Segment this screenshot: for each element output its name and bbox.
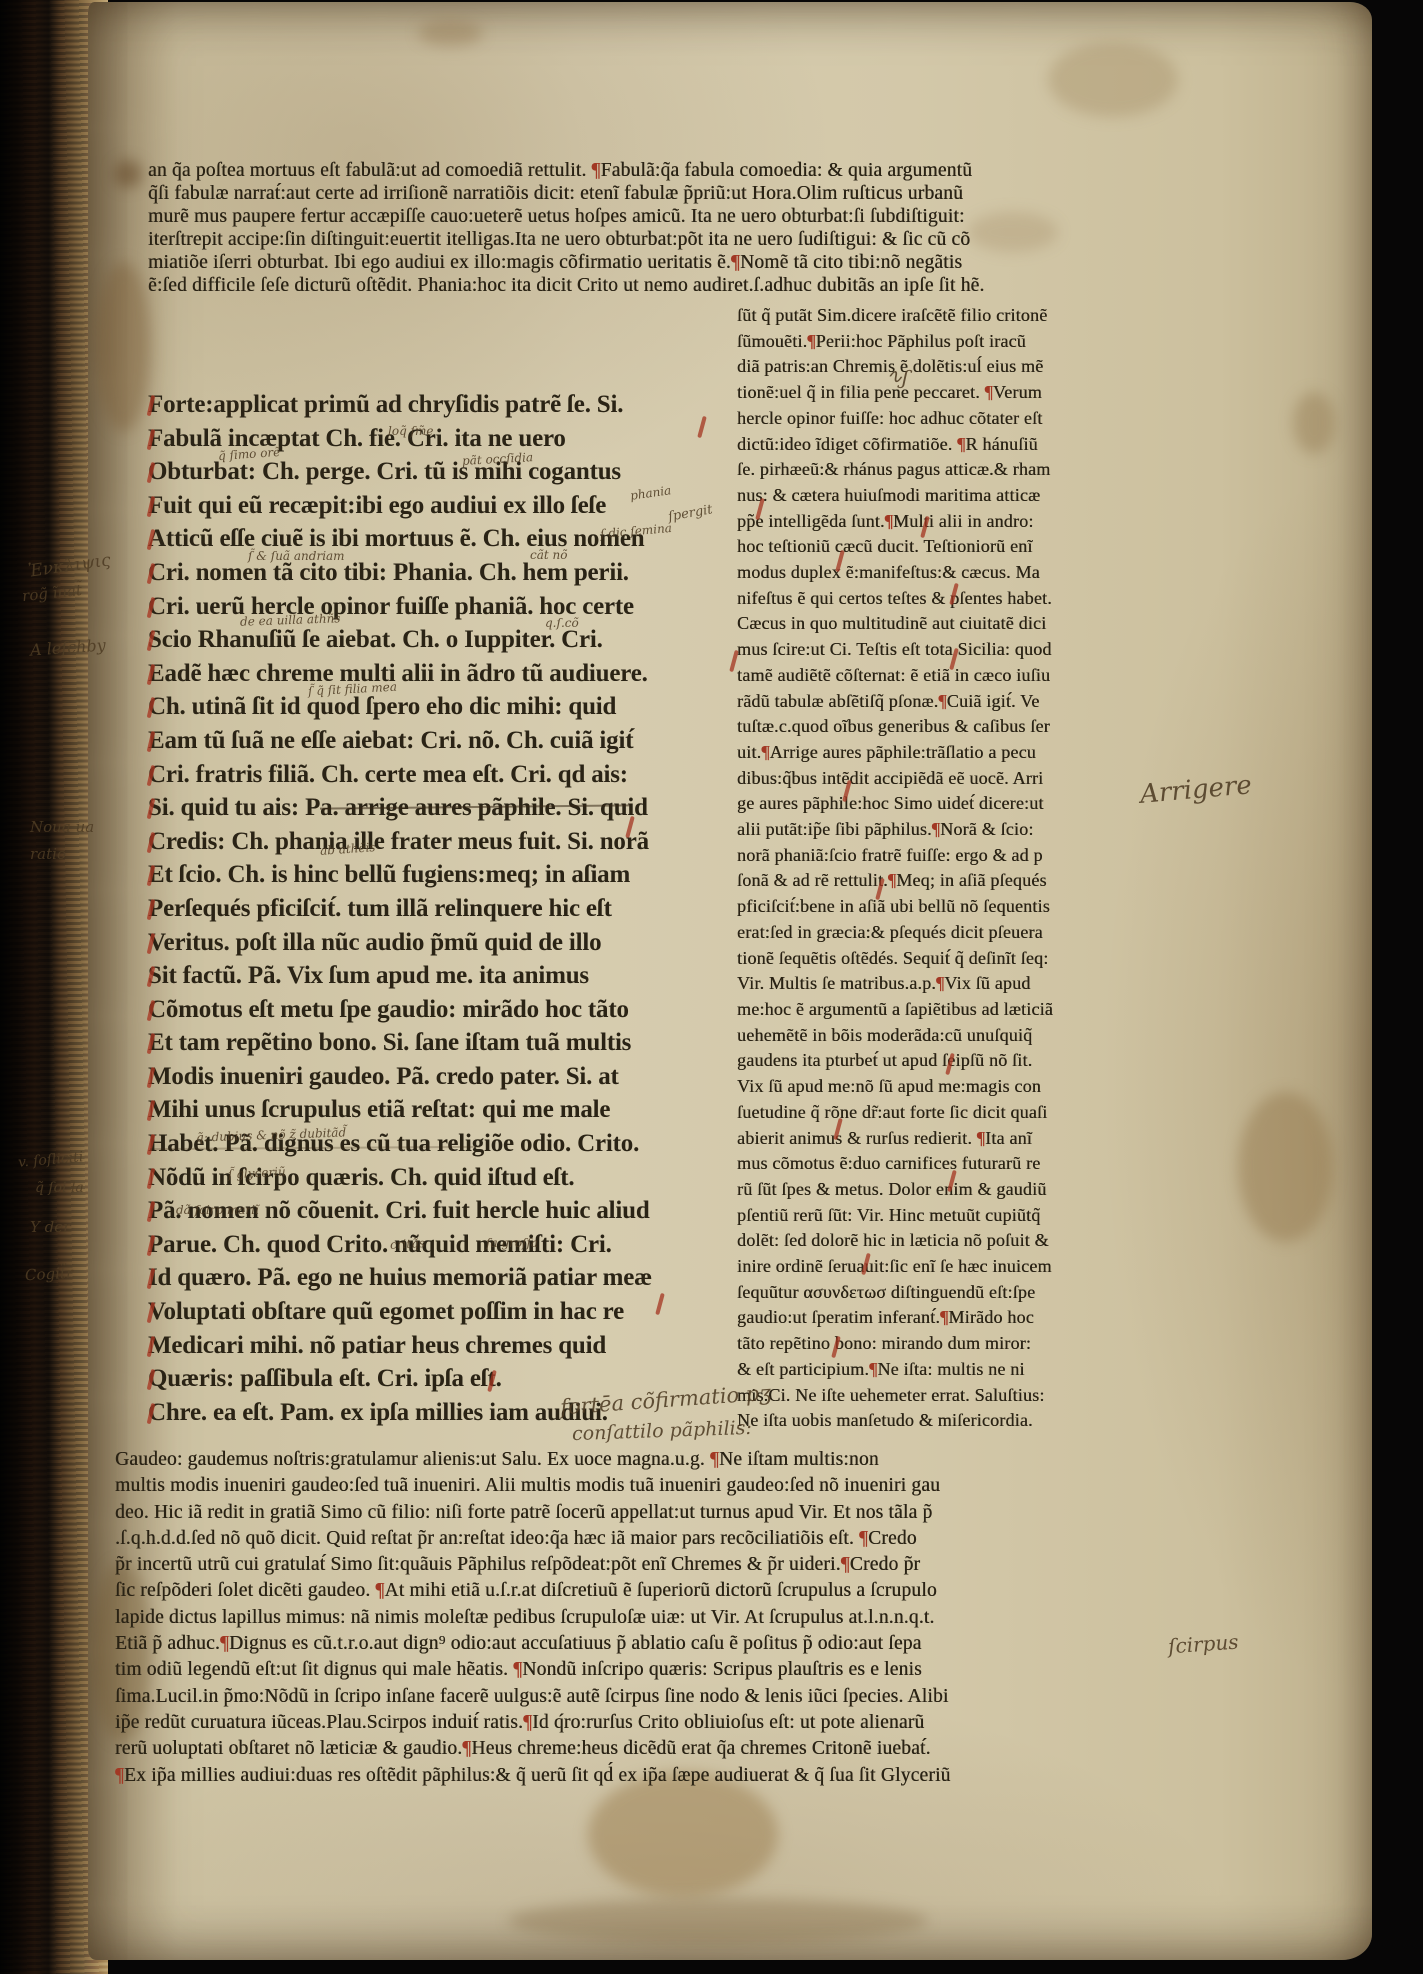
commentary-line: ſequũtur ασυνδετωσ diſtinguendũ eſt:ſpe bbox=[737, 1280, 1053, 1306]
commentary-line: mis.Ci. Ne iſte uehemeter errat. Saluſti… bbox=[737, 1383, 1053, 1409]
margin-note: ratio bbox=[30, 845, 66, 863]
commentary-line: pp̃e intelligẽda ſunt.¶Multi alii in and… bbox=[737, 509, 1053, 535]
stain bbox=[1048, 42, 1178, 117]
commentary-line: mus ſcire:ut Ci. Teſtis eſt tota Sicilia… bbox=[737, 637, 1053, 663]
verse-line: Mihi unus ſcrupulus etiã reſtat: qui me … bbox=[148, 1093, 652, 1127]
commentary-line: rãdũ tabulæ abſẽtiſq̃ pſonæ.¶Cuiã igit́.… bbox=[737, 689, 1053, 715]
commentary-line: ſũt q̃ putãt Sim.dicere iraſcẽtẽ filio c… bbox=[737, 303, 1053, 329]
text-line: murẽ mus paupere fertur accæpiſſe cauo:u… bbox=[148, 206, 985, 229]
verse-line: Credis: Ch. phania ille frater meus fuit… bbox=[148, 825, 652, 859]
verse-column: Forte:applicat primũ ad chryſidis patrẽ … bbox=[148, 388, 652, 1429]
commentary-column: ſũt q̃ putãt Sim.dicere iraſcẽtẽ filio c… bbox=[737, 303, 1053, 1434]
interlinear-note: q.ſ.cõ bbox=[545, 616, 579, 630]
verse-line: Nõdũ in ſcirpo quæris. Ch. quid iſtud eſ… bbox=[148, 1161, 652, 1195]
commentary-line: pficiſcit́:bene in aſiã ubi bellũ nõ ſeq… bbox=[737, 894, 1053, 920]
margin-note: q̃ ſoi la bbox=[35, 1180, 84, 1196]
text-line: Etiã p̃ adhuc.¶Dignus es cũ.t.r.o.aut di… bbox=[115, 1631, 951, 1657]
commentary-line: dibus:q̃bus intẽdit accipiẽdã eẽ uocẽ. A… bbox=[737, 766, 1053, 792]
verse-line: Cõmotus eſt metu ſpe gaudio: mirãdo hoc … bbox=[148, 993, 652, 1027]
commentary-line: alii putãt:ip̃e ſibi pãphilus.¶Norã & ſc… bbox=[737, 817, 1053, 843]
text-line: rerũ uoluptati obſtaret nõ læticiæ & gau… bbox=[115, 1736, 951, 1762]
verse-line: Modis inueniri gaudeo. Pã. credo pater. … bbox=[148, 1060, 652, 1094]
commentary-line: rũ ſũt ſpes & metus. Dolor enim & gaudiũ bbox=[737, 1177, 1053, 1203]
commentary-top-block: an q̃a poſtea mortuus eſt fabulã:ut ad c… bbox=[148, 160, 985, 297]
commentary-line: nifeſtus ẽ qui certos teſtes & pſentes h… bbox=[737, 586, 1053, 612]
stain bbox=[1293, 392, 1335, 454]
commentary-line: dolẽt: ſed dolorẽ hic in læticia nõ poſu… bbox=[737, 1228, 1053, 1254]
commentary-line: Ne iſta uobis manſetudo & miſericordia. bbox=[737, 1408, 1053, 1434]
margin-note: Y der bbox=[30, 1218, 70, 1236]
text-line: deo. Hic iã redit in gratiã Simo cũ fili… bbox=[115, 1500, 951, 1526]
commentary-line: ge aures pãphile:hoc Simo uidet́ dicere:… bbox=[737, 791, 1053, 817]
commentary-line: erat:ſed in græcia:& pſequés dicit pſeue… bbox=[737, 920, 1053, 946]
interlinear-note: dã ſcirp mariĩ bbox=[176, 1203, 259, 1217]
text-line: Gaudeo: gaudemus noſtris:gratulamur alie… bbox=[115, 1447, 951, 1473]
verse-line: Veritus. poſt illa nũc audio p̃mũ quid d… bbox=[148, 926, 652, 960]
verse-line: Quæris: paſſibula eſt. Cri. ipſa eſt. bbox=[148, 1362, 652, 1396]
text-line: p̃r incertũ utrũ cui gratulat́ Simo ſit:… bbox=[115, 1552, 951, 1578]
commentary-line: Vix ſũ apud me:nõ ſũ apud me:magis con bbox=[737, 1074, 1053, 1100]
text-line: ¶Ex ip̃a millies audiui:duas res oſtẽdit… bbox=[115, 1763, 951, 1789]
commentary-line: uit.¶Arrige aures pãphile:trãſlatio a pe… bbox=[737, 740, 1053, 766]
text-line: ſima.Lucil.in p̃mo:Nõdũ in ſcripo inſane… bbox=[115, 1684, 951, 1710]
commentary-line: ſe. pirhæeũ:& rhánus pagus atticæ.& rham bbox=[737, 457, 1053, 483]
commentary-line: hercle opinor fuiſſe: hoc adhuc cõtater … bbox=[737, 406, 1053, 432]
commentary-line: tionẽ ſequẽtis oſtẽdés. Sequit́ q̃ deſin… bbox=[737, 946, 1053, 972]
margin-note: Noua ua bbox=[30, 818, 94, 836]
commentary-line: pſentiũ rerũ ſũt: Vir. Hinc metuũt cupiũ… bbox=[737, 1203, 1053, 1229]
commentary-line: nus: & cætera huiuſmodi maritima atticæ bbox=[737, 483, 1053, 509]
text-line: multis modis inueniri gaudeo:ſed tuã inu… bbox=[115, 1473, 951, 1499]
margin-note: Cogit̃r bbox=[25, 1264, 74, 1284]
interlinear-note: ſa groſſa bbox=[486, 1236, 538, 1250]
commentary-line: modus duplex ẽ:manifeſtus:& cæcus. Ma bbox=[737, 560, 1053, 586]
commentary-bottom-block: Gaudeo: gaudemus noſtris:gratulamur alie… bbox=[115, 1447, 951, 1789]
verse-line: Eadẽ hæc chreme multi alii in ãdro tũ au… bbox=[148, 657, 652, 691]
commentary-line: hoc teſtioniũ cæcũ ducit. Teſtioniorũ en… bbox=[737, 534, 1053, 560]
verse-line: Cri. fratris filiã. Ch. certe mea eſt. C… bbox=[148, 758, 652, 792]
interlinear-note: critq̃s bbox=[390, 1236, 426, 1252]
text-line: q̃ſi fabulæ narrat́:aut certe ad irriſio… bbox=[148, 183, 985, 206]
commentary-line: & eſt participium.¶Ne iſta: multis ne ni bbox=[737, 1357, 1053, 1383]
commentary-line: uehemẽtẽ in bõis moderãda:cũ unuſquiq̃ bbox=[737, 1023, 1053, 1049]
interlinear-note: ſ̃ glyceriũ bbox=[228, 1165, 286, 1182]
verse-line: Id quæro. Pã. ego ne huius memoriã patia… bbox=[148, 1261, 652, 1295]
verse-line: Cri. nomen tã cito tibi: Phania. Ch. hem… bbox=[148, 556, 652, 590]
stain bbox=[508, 1898, 928, 1944]
interlinear-note: loq̃ ſm̃e bbox=[388, 424, 433, 438]
verse-line: Eam tũ ſuã ne eſſe aiebat: Cri. nõ. Ch. … bbox=[148, 724, 652, 758]
stain bbox=[418, 20, 483, 46]
stain bbox=[96, 262, 151, 432]
text-line: ſic reſpõderi ſolet dicẽti gaudeo. ¶At m… bbox=[115, 1578, 951, 1604]
stain bbox=[114, 160, 142, 188]
margin-note: ſcirpus bbox=[1167, 1630, 1239, 1659]
stain bbox=[1238, 1092, 1333, 1242]
verse-line: Perſequés pficiſcit́. tum illã relinquer… bbox=[148, 892, 652, 926]
commentary-line: ſuetudine q̃ rõne dr̃:aut forte ſic dici… bbox=[737, 1100, 1053, 1126]
verse-line: Et tam repẽtino bono. Si. ſane iſtam tuã… bbox=[148, 1026, 652, 1060]
commentary-line: abierit animus & rurſus redierit. ¶Ita a… bbox=[737, 1126, 1053, 1152]
commentary-line: inire ordinẽ ſeruauit:ſic enĩ ſe hæc inu… bbox=[737, 1254, 1053, 1280]
text-line: miatiõe iſerri obturbat. Ibi ego audiui … bbox=[148, 252, 985, 275]
commentary-line: ſonã & ad rẽ rettulit.¶Meq; in aſiã pſeq… bbox=[737, 868, 1053, 894]
commentary-line: me:hoc ẽ argumentũ a ſapiẽtibus ad lætic… bbox=[737, 997, 1053, 1023]
commentary-line: Cæcus in quo multitudinẽ aut ciuitatẽ di… bbox=[737, 611, 1053, 637]
verse-line: Ch. utinã ſit id quod ſpero eho dic mihi… bbox=[148, 690, 652, 724]
commentary-line: ſũmouẽti.¶Perii:hoc Pãphilus poſt iracũ bbox=[737, 329, 1053, 355]
scanned-book-page: an q̃a poſtea mortuus eſt fabulã:ut ad c… bbox=[0, 0, 1423, 1974]
parchment-page: an q̃a poſtea mortuus eſt fabulã:ut ad c… bbox=[88, 2, 1372, 1960]
commentary-line: gaudio:ut ſperatim inferant́.¶Mirãdo hoc bbox=[737, 1305, 1053, 1331]
verse-line: Sit factũ. Pã. Vix ſum apud me. ita anim… bbox=[148, 959, 652, 993]
interlinear-note: ſ̃ & ſuã andriam bbox=[248, 549, 345, 563]
verse-line: Voluptati obſtare quũ egomet poſſim in h… bbox=[148, 1295, 652, 1329]
text-line: ẽ:ſed difficile ſeſe dicturũ oſtẽdit. Ph… bbox=[148, 275, 985, 298]
verse-line: Forte:applicat primũ ad chryſidis patrẽ … bbox=[148, 388, 652, 422]
commentary-line: tamẽ audiẽtẽ cõſternat: ẽ etiã in cæco i… bbox=[737, 663, 1053, 689]
interlinear-note: cãt nõ bbox=[530, 548, 567, 562]
commentary-line: mus cõmotus ẽ:duo carnifices futurarũ re bbox=[737, 1151, 1053, 1177]
commentary-line: tuſtæ.c.quod oĩbus generibus & caſibus ſ… bbox=[737, 714, 1053, 740]
pen-flourish: ∿ʃ bbox=[884, 362, 910, 389]
text-line: tim odiũ legendũ eſt:ut ſit dignus qui m… bbox=[115, 1657, 951, 1683]
text-line: .ſ.q.h.d.d.ſed nõ quõ dicit. Quid reſtat… bbox=[115, 1526, 951, 1552]
verse-line: Fuit qui eũ recæpit:ibi ego audiui ex il… bbox=[148, 489, 652, 523]
commentary-line: norã phaniã:ſcio fratrẽ fuiſſe: ergo & a… bbox=[737, 843, 1053, 869]
commentary-line: gaudens ita pturbet́ ut apud ſeipſũ nõ ſ… bbox=[737, 1048, 1053, 1074]
text-line: an q̃a poſtea mortuus eſt fabulã:ut ad c… bbox=[148, 160, 985, 183]
verse-line: Medicari mihi. nõ patiar heus chremes qu… bbox=[148, 1329, 652, 1363]
commentary-line: dictũ:ideo ĩdiget cõfirmatiõe. ¶R hánuſi… bbox=[737, 432, 1053, 458]
stain bbox=[588, 1772, 778, 1897]
text-line: iterſtrepit accipe:ſin diſtinguit:euerti… bbox=[148, 229, 985, 252]
commentary-line: tãto repẽtino bono: mirando dum miror: bbox=[737, 1331, 1053, 1357]
verse-line: Et ſcio. Ch. is hinc bellũ fugiens:meq; … bbox=[148, 858, 652, 892]
verse-line: Atticũ eſſe ciuẽ is ibi mortuus ẽ. Ch. e… bbox=[148, 522, 652, 556]
text-line: lapide dictus lapillus mimus: nã nimis m… bbox=[115, 1605, 951, 1631]
commentary-line: Vir. Multis ſe matribus.a.p.¶Vix ſũ apud bbox=[737, 971, 1053, 997]
text-line: ip̃e redũt curuatura iũceas.Plau.Scirpos… bbox=[115, 1710, 951, 1736]
